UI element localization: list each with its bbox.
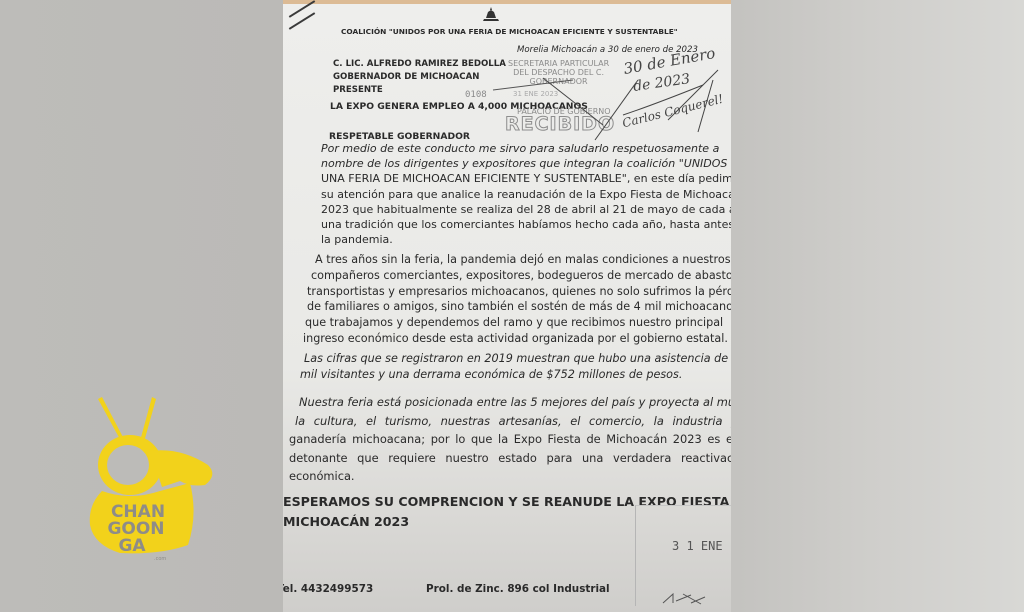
paragraph-line: su atención para que analice la reanudac…	[321, 187, 695, 202]
paragraph-line: mil visitantes y una derrama económica d…	[300, 367, 720, 383]
recipient-title: GOBERNADOR DE MICHOACAN	[333, 72, 479, 82]
folder-edge	[283, 0, 731, 4]
paragraph-3: Las cifras que se registraron en 2019 mu…	[300, 351, 720, 383]
paragraph-line: la cultura, el turismo, nuestras artesan…	[289, 412, 729, 431]
paragraph-line: económica.	[289, 467, 729, 486]
logo-text-line: GA	[118, 536, 146, 556]
bottom-stamp-date: 3 1 ENE	[672, 539, 723, 553]
paragraph-2: A tres años sin la feria, la pandemia de…	[303, 252, 713, 347]
logo-suffix: .com	[154, 556, 166, 562]
bottom-stamp: 3 1 ENE	[635, 505, 731, 606]
paragraph-line: A tres años sin la feria, la pandemia de…	[303, 252, 713, 268]
footer-address: Prol. de Zinc. 896 col Industrial	[426, 583, 610, 595]
paragraph-line: 2023 que habitualmente se realiza del 28…	[321, 202, 695, 217]
paragraph-line: transportistas y empresarios michoacanos…	[303, 284, 713, 300]
initials-signature	[661, 591, 706, 606]
paragraph-line: de familiares o amigos, sino también el …	[303, 299, 713, 315]
paragraph-line: ganadería michoacana; por lo que la Expo…	[289, 430, 729, 449]
paragraph-1: Por medio de este conducto me sirvo para…	[321, 141, 695, 247]
paragraph-line: Las cifras que se registraron en 2019 mu…	[300, 351, 720, 367]
paragraph-line: una tradición que los comerciantes había…	[321, 217, 695, 232]
coat-of-arms-icon	[480, 6, 502, 22]
recipient-name: C. LIC. ALFREDO RAMIREZ BEDOLLA	[333, 59, 506, 69]
letter-page: COALICIÓN "UNIDOS POR UNA FERIA DE MICHO…	[283, 0, 731, 612]
paragraph-line: compañeros comerciantes, expositores, bo…	[303, 268, 713, 284]
paragraph-line: que trabajamos y dependemos del ramo y q…	[303, 315, 713, 331]
coalition-header: COALICIÓN "UNIDOS POR UNA FERIA DE MICHO…	[341, 27, 678, 36]
paragraph-line: UNA FERIA DE MICHOACAN EFICIENTE Y SUSTE…	[321, 171, 695, 186]
paragraph-line: detonante que requiere nuestro estado pa…	[289, 449, 729, 468]
changoonga-logo-icon: CHAN GOON GA .com	[80, 395, 230, 565]
closing-line-2: MICHOACÁN 2023	[283, 514, 409, 529]
paragraph-4: Nuestra feria está posicionada entre las…	[289, 393, 729, 486]
paragraph-line: nombre de los dirigentes y expositores q…	[321, 156, 695, 171]
recipient-presente: PRESENTE	[333, 85, 383, 95]
paragraph-line: la pandemia.	[321, 232, 695, 247]
paragraph-line: Nuestra feria está posicionada entre las…	[289, 393, 729, 412]
paragraph-line: ingreso económico desde esta actividad o…	[303, 331, 713, 347]
footer-phone: Tel. 4432499573	[283, 583, 373, 595]
